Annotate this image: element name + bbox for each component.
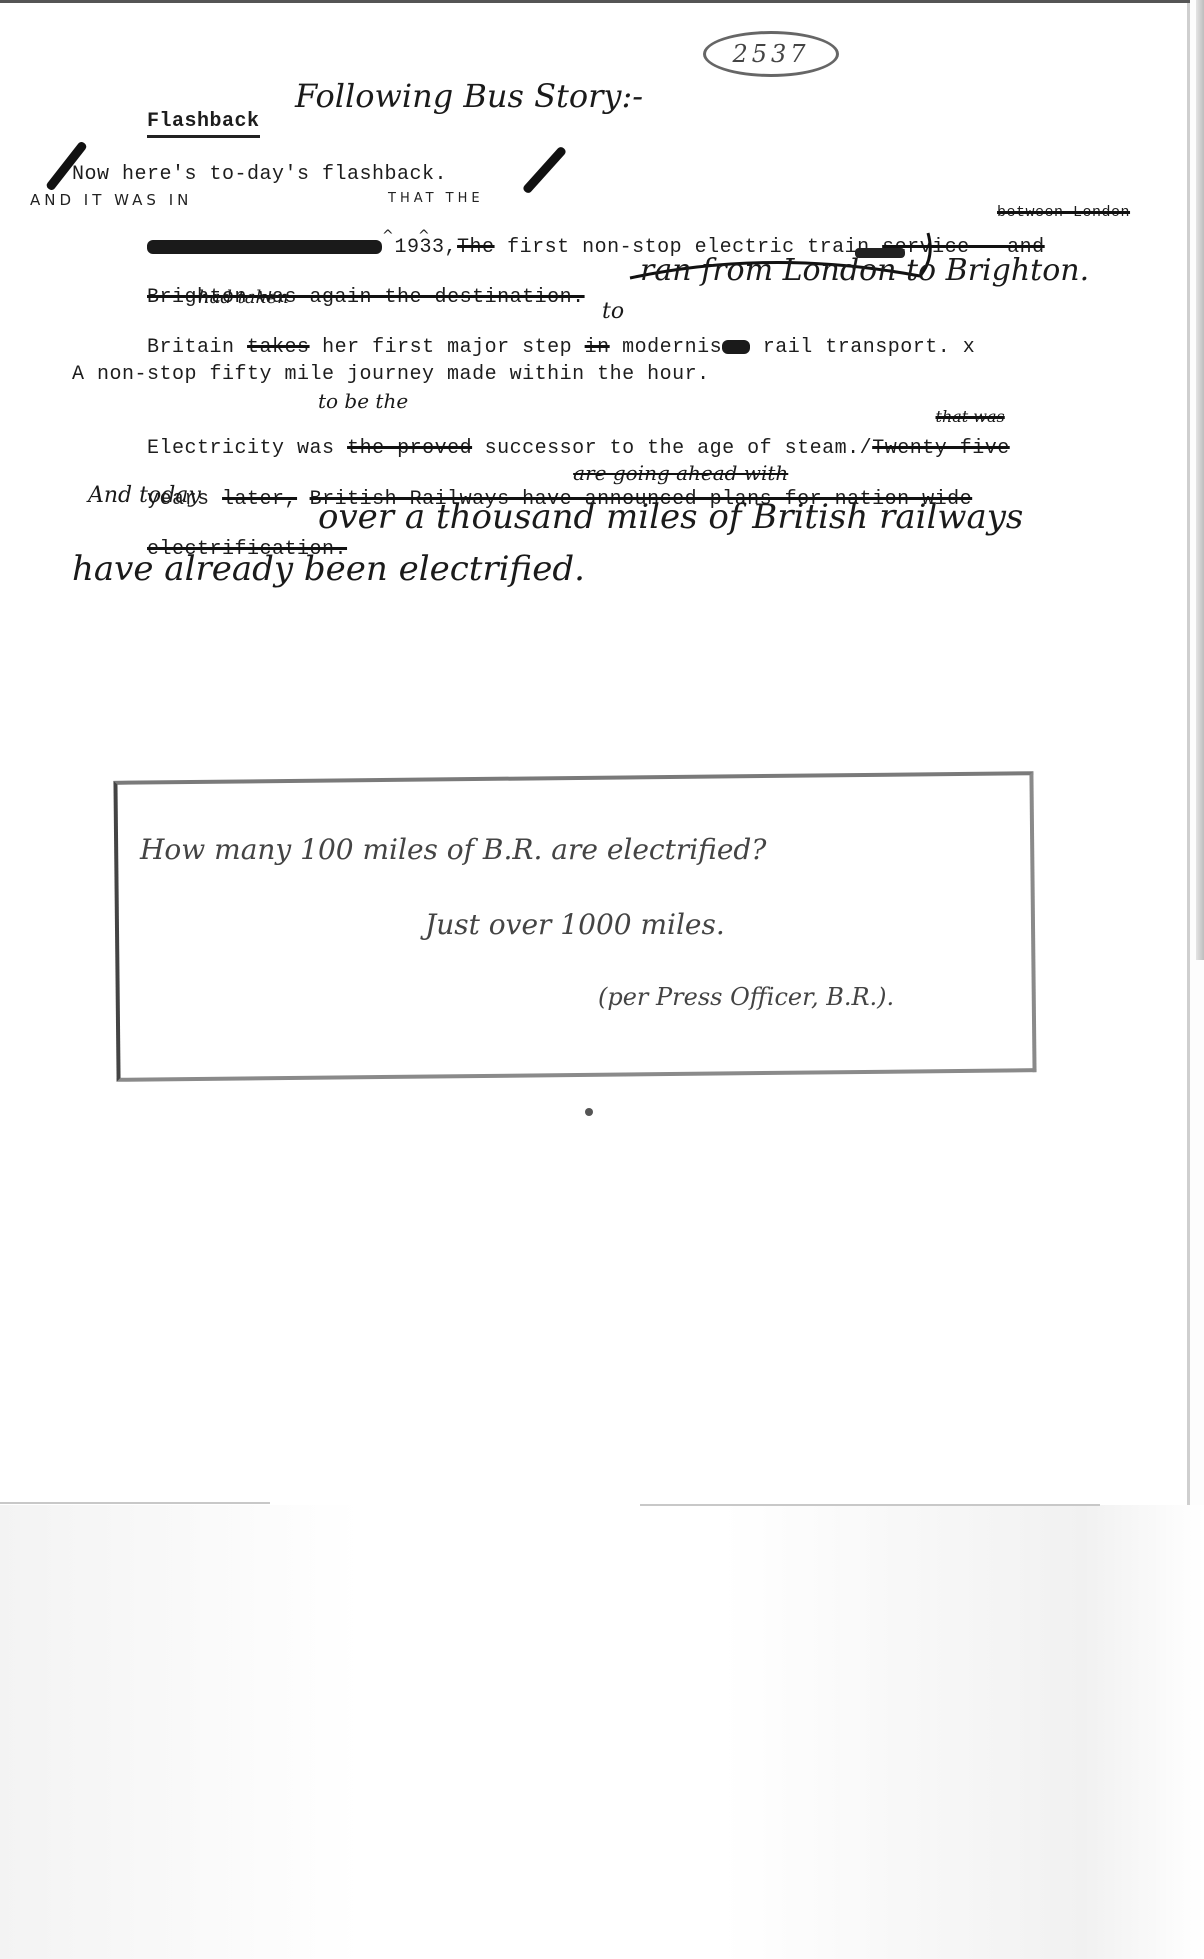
line7-handwritten: over a thousand miles of British railway… xyxy=(318,497,1023,537)
intro-line: Now here's to-day's flashback. xyxy=(72,163,447,186)
title-annotation: Following Bus Story:- xyxy=(295,77,643,115)
blank-lower-area xyxy=(0,1505,1204,1959)
page-edge-shadow xyxy=(1196,0,1204,960)
line3-caret-insertion: to xyxy=(602,299,624,324)
line1-blacked-out: Twenty-five years ago xyxy=(147,240,382,254)
margin-note-question: How many 100 miles of B.R. are electrifi… xyxy=(140,833,766,866)
fold-line xyxy=(0,1502,270,1504)
line8-handwritten: have already been electrified. xyxy=(72,549,585,589)
reference-number-oval: 2537 xyxy=(703,31,839,77)
ink-speck xyxy=(585,1108,593,1116)
fold-line xyxy=(640,1504,1100,1506)
line1-insertion-left: AND IT WAS IN xyxy=(30,191,192,209)
margin-note-answer: Just over 1000 miles. xyxy=(425,908,725,941)
line2-handwritten-insertion: ran from London to Brighton. xyxy=(640,253,1089,288)
line1-insertion-mid: THAT THE xyxy=(388,191,484,206)
document-title: Flashback xyxy=(72,87,260,156)
document-page: 2537 Flashback Following Bus Story:- Now… xyxy=(0,0,1204,1959)
insertion-caret: ^ xyxy=(382,228,394,244)
insertion-caret: ^ xyxy=(418,228,430,244)
line7-insertion: And today xyxy=(88,483,201,508)
line3-insertion: had taken xyxy=(198,287,289,308)
typescript-sheet: 2537 Flashback Following Bus Story:- Now… xyxy=(0,0,1190,1508)
margin-note-source: (per Press Officer, B.R.). xyxy=(598,983,894,1011)
reference-number: 2537 xyxy=(732,40,809,68)
marker-bracket-right xyxy=(522,145,567,194)
line5-insertion: to be the xyxy=(318,389,408,413)
line4: A non-stop fifty mile journey made withi… xyxy=(72,363,710,386)
